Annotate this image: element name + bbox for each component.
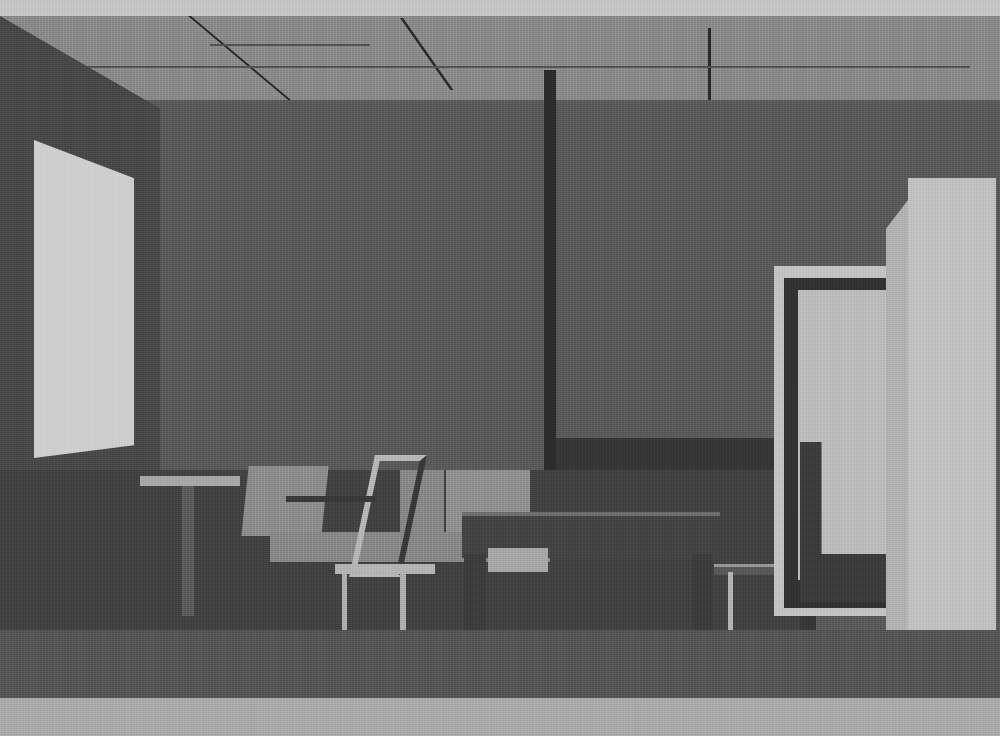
light-reflection (488, 548, 548, 572)
window (34, 140, 134, 458)
ceiling-line (210, 44, 370, 46)
ceiling (0, 16, 1000, 111)
tall-screen-side (886, 200, 908, 678)
floor-light (0, 698, 1000, 736)
side-table-top (140, 476, 240, 486)
armchair-arm (286, 496, 376, 502)
armchair-seat (335, 564, 435, 574)
wall-pipe (544, 70, 556, 490)
floor-dark (0, 630, 1000, 700)
ceiling-line (50, 66, 970, 68)
top-border-strip (0, 0, 1000, 16)
side-table-leg (182, 486, 194, 616)
room-photograph (0, 0, 1000, 736)
tall-screen-face (908, 178, 996, 680)
